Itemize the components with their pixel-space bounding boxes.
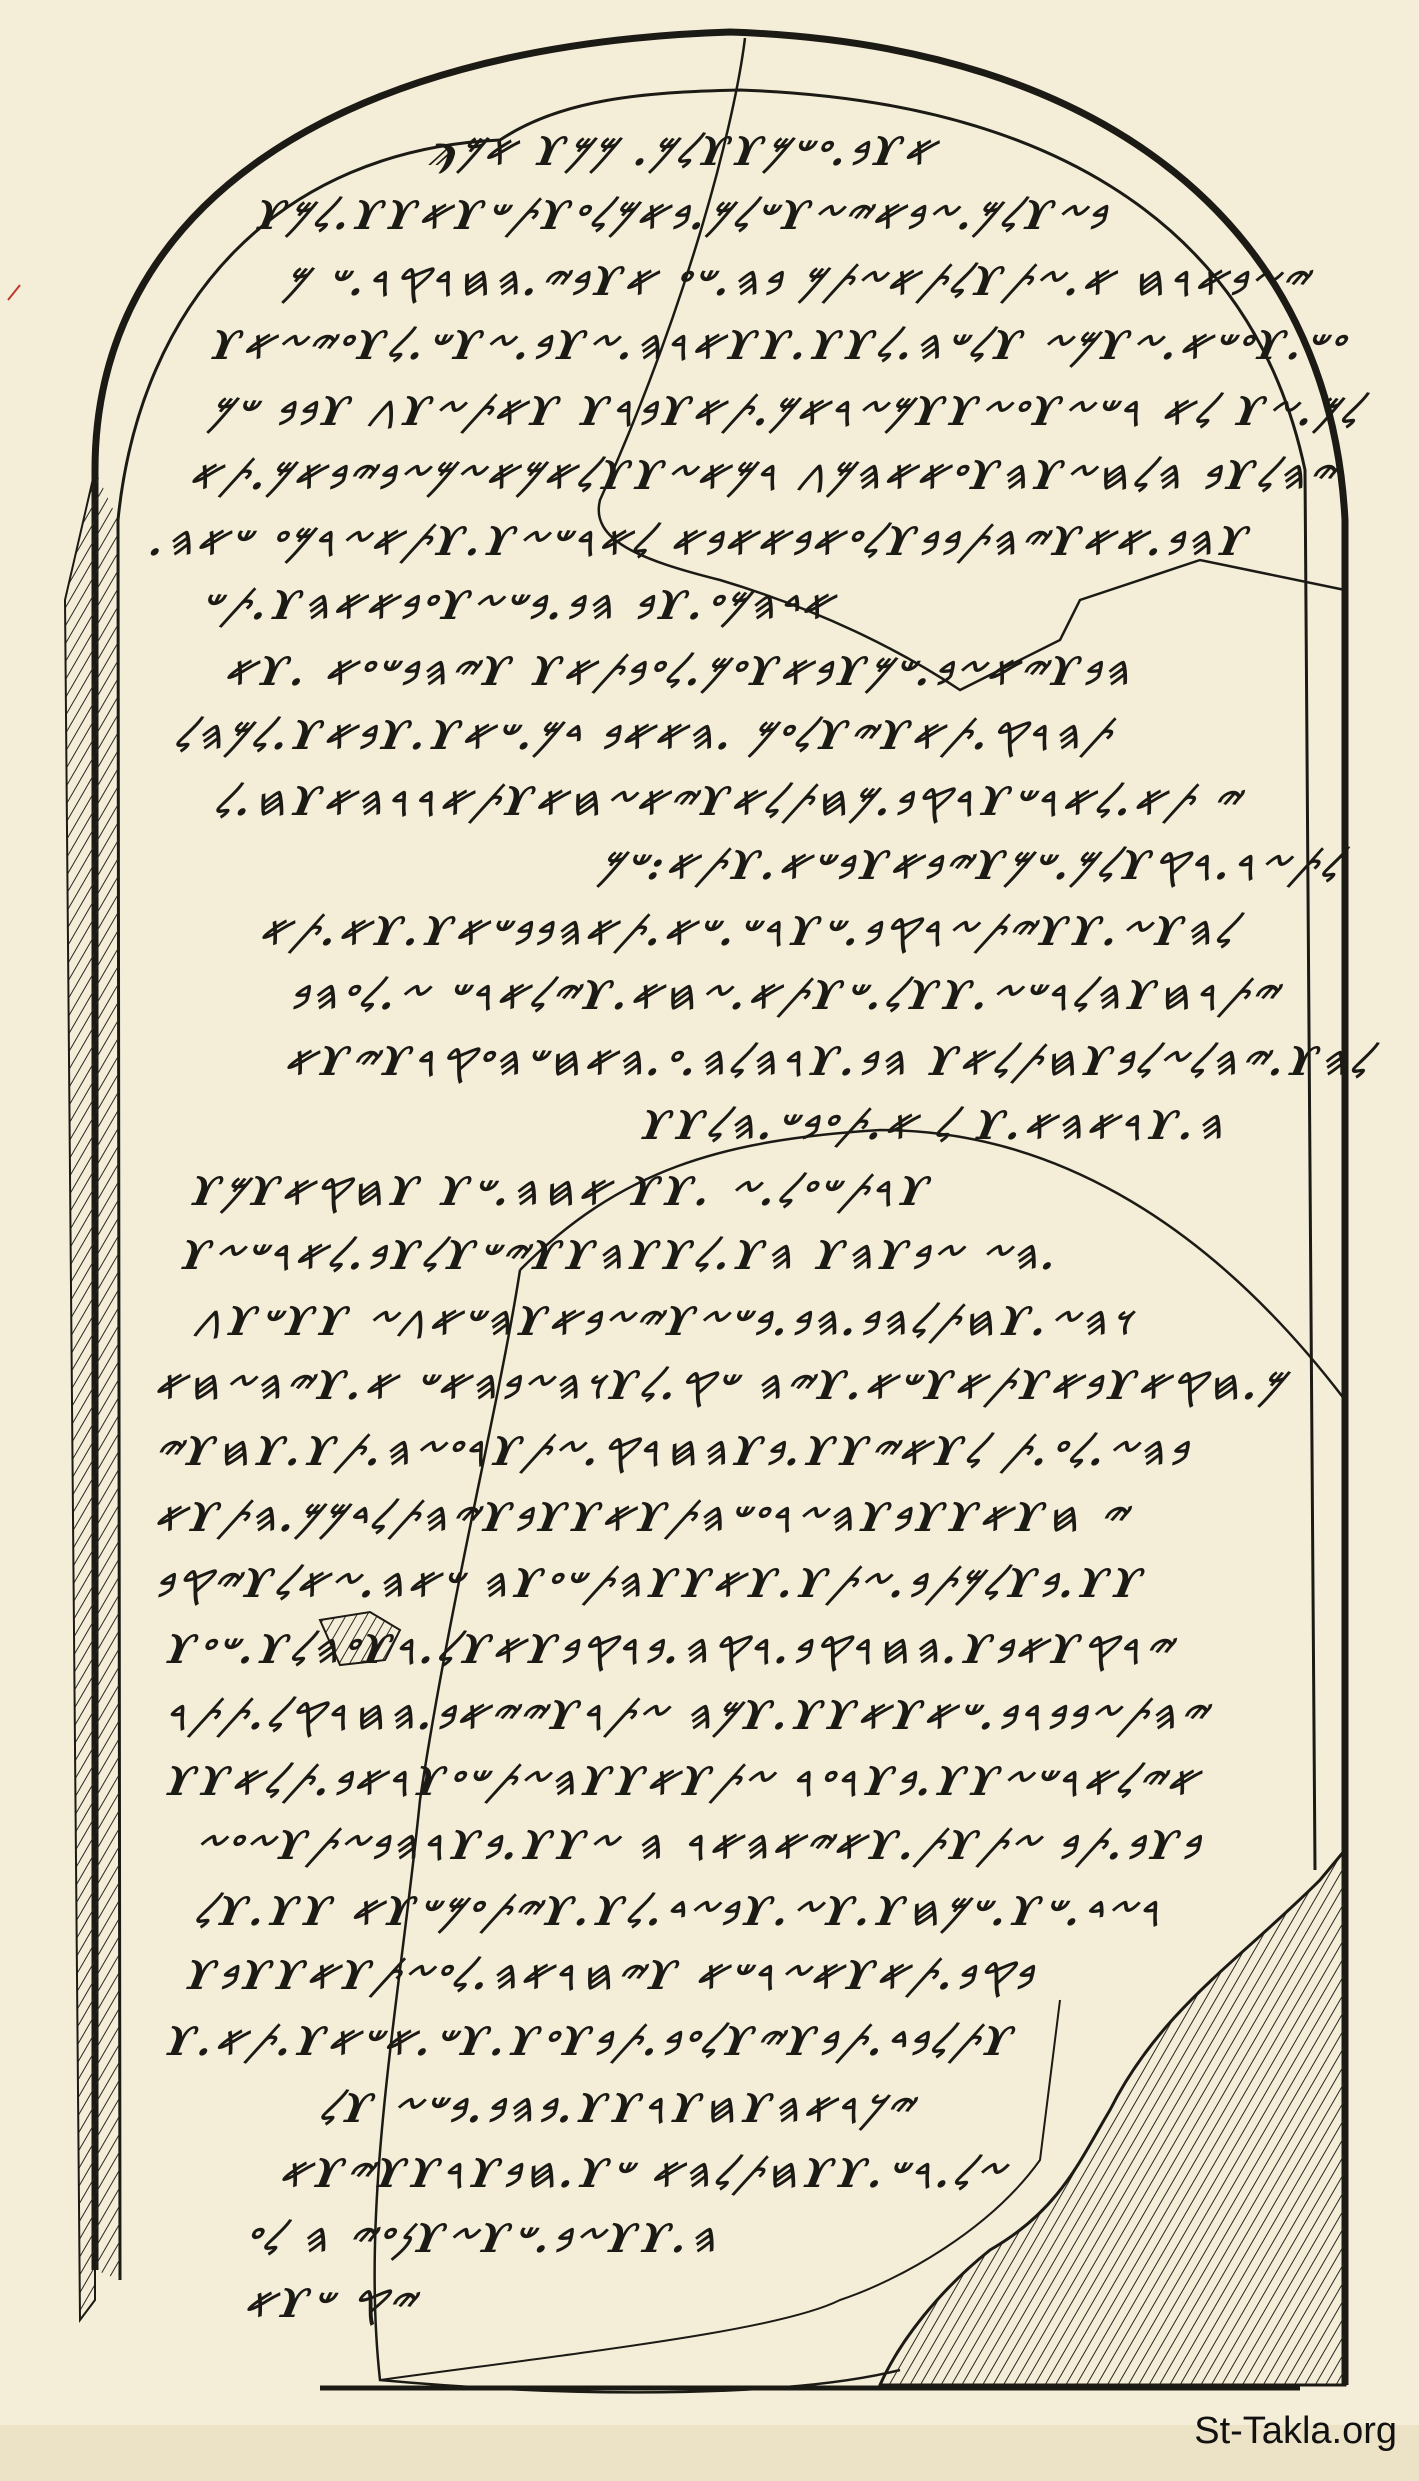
red-margin-mark [8,285,20,300]
inscription-line: 𐤉𐤋𐤀𐤓𐤔 𐤆.𐤋𐤏𐤄𐤁ϒ.𐤕𐤀.𐤆𐤇𐤀ϒ𐤋.𐤔ϒϒ.𐤄𐤋𐤓𐤔𐤆ϒ𐤉𐤕𐤓𐤇 [285,972,1285,1019]
inscription-line: ϒ𐤏𐤉𐤆𐤀ϒ𐤔.𐤋ϒ𐤁.𐤆ϒ𐤀𐤓𐤄.𐤆ϒϒ.ϒϒ𐤋𐤔𐤄.𐤋ϒ 𐤌𐤆ϒ𐤏𐤔𐤀.𐤆ϒ… [205,322,1351,369]
inscription-line: 𐤀ϒ𐤉ϒϒ𐤓ϒ𐤇𐤁.ϒ𐤇𐤕𐤋𐤄𐤀 𐤔ϒϒ.𐤆𐤋.𐤓𐤔 [275,2150,1012,2197]
inscription-line: 𐤉ϒ𐤇ϒ.ϒ𐤓𐤏𐤆𐤄.𐤕ϒ𐤄𐤇𐤓𐤒.𐤆𐤕ϒ𐤁.ϒϒ𐤀𐤉ϒ𐤁𐤄𐤆.𐤋𐤏.𐤕 𐤋 [150,1428,1195,1475]
inscription-line: 𐤉𐤄𐤆𐤇𐤀ϒ.𐤅𐤄𐤆𐤁𐤄𐤀𐤔 𐤀ϒ𐤉𐤄 𐤔𐤒.𐤋ϒ.𐤔𐤀ϒ𐤕𐤀ϒ𐤁𐤀ϒ𐤌.𐤇𐤒𐤀 [150,1362,1291,1409]
watermark: St-Takla.org [1194,2410,1397,2453]
inscription-line: ϒ𐤁.𐤋𐤀𐤓𐤔𐤆ϒ𐤋ϒ𐤉𐤔ϒϒ𐤄ϒϒ𐤋.ϒ𐤄 ϒ𐤄ϒ𐤄𐤆 𐤆𐤁. [175,1232,1064,1279]
inscription-line: 𐤋𐤌𐤄𐤋.ϒ𐤁𐤀ϒ.ϒ𐤋𐤏𐤌 .𐤄𐤀𐤀𐤁 𐤃𐤌.𐤔𐤀ϒ𐤉ϒ𐤕𐤄𐤓𐤒.𐤕𐤀 [170,712,1118,759]
inscription-line: ϒ𐤁ϒϒ𐤀ϒ𐤉𐤇𐤓𐤀𐤄.𐤋𐤏𐤆𐤕ϒ 𐤀𐤆𐤓𐤔𐤀ϒ𐤁𐤒𐤁.𐤕𐤀 [180,1952,1041,1999]
inscription-line: 𐤀ϒ𐤉𐤒 𐤔 [240,2280,422,2327]
inscription-line: ϒ𐤌ϒ𐤇𐤒𐤀ϒ ϒ𐤀𐤇𐤄.𐤔 ϒϒ. 𐤓𐤕𐤔𐤏𐤋.𐤆ϒ [185,1168,936,1215]
inscription-line: 𐤍𐤏𐤉 𐤄 𐤋𐤏ϒ𐤆ϒ𐤆𐤁.𐤔ϒϒ.𐤄 [240,2215,725,2262]
inscription-line: 𐤀ϒ𐤉ϒ𐤓𐤄𐤋𐤄.𐤏.𐤄𐤀𐤇𐤔𐤄𐤏𐤒𐤓ϒ.𐤄𐤁 ϒ𐤇𐤕𐤋𐤀ϒ𐤉𐤄𐤋𐤆𐤋𐤁.ϒ𐤋𐤄 [280,1038,1377,1085]
inscription-line: 𐤆𐤏𐤆ϒ𐤓𐤄𐤁𐤆𐤕ϒ𐤁.ϒϒ𐤀𐤉𐤀𐤄𐤀𐤓 𐤄 𐤆ϒ.𐤕ϒ𐤁.𐤕𐤁 𐤆𐤕ϒ𐤁 [190,1822,1208,1869]
inscription-line: 𐤁𐤉.𐤄𐤇𐤓𐤒𐤓.𐤔 𐤌ϒ𐤋𐤕𐤀𐤆𐤕𐤌 𐤁𐤄.𐤔𐤏 𐤀ϒ𐤉𐤆𐤁𐤀𐤓𐤇 𐤀.𐤆𐤕 [280,258,1315,305]
inscription-line: 𐤁𐤁 𐤔𐤌ϒ 𐤂ϒ𐤀𐤕𐤆ϒ ϒ𐤁𐤓ϒ𐤌𐤆𐤓𐤀𐤌.𐤕𐤀ϒϒ𐤏𐤆ϒ𐤋𐤀 𐤓𐤔𐤆 ϒ𐤋… [205,388,1368,435]
inscription-line: 𐤋𐤀𐤌𐤀𐤆𐤌𐤆𐤁𐤉𐤁𐤀𐤌.𐤕𐤀ϒϒ𐤏𐤀𐤀𐤄𐤌𐤂 𐤓𐤌𐤀𐤆ϒ𐤄ϒ𐤁 𐤄𐤋𐤇𐤆ϒ𐤉𐤄… [185,452,1343,499]
inscription-line: .𐤕𐤀𐤆𐤓𐤌𐤏 𐤔𐤀𐤄ϒ.ϒ𐤋𐤏𐤀𐤁𐤀𐤀𐤁𐤀 𐤋𐤀𐤓𐤔𐤆ϒ𐤉𐤄𐤕𐤁𐤁ϒ𐤄𐤁.𐤀𐤀… [145,518,1255,565]
inscription-line: ϒϒ𐤋 𐤀.𐤕𐤏𐤁𐤔.𐤄𐤋 ϒ.𐤓𐤀𐤄𐤀ϒ.𐤄 [635,1102,1232,1149]
left-hatched-edge [95,470,120,2280]
inscription-line: 𐤂ϒ𐤔ϒϒ 𐤄𐤔𐤀𐤂𐤆ϒ𐤉𐤆𐤁𐤀ϒ𐤇𐤕𐤋𐤄𐤁.𐤄𐤁.𐤁𐤔𐤆ϒ.𐤅𐤄𐤆 [190,1298,1139,1345]
inscription-line: ϡ𐤀𐤌 ϒ𐤋𐤌. 𐤌𐤌ϒϒ𐤁.𐤏𐤔𐤌ϒ𐤀 [425,128,942,175]
inscription-line: 𐤋ϒ.ϒϒ 𐤀ϒ𐤉𐤕𐤏𐤌𐤔ϒ.ϒ𐤁𐤆𐤃.𐤋ϒ.𐤆ϒ.ϒ𐤔𐤌𐤇.ϒ𐤓𐤆𐤃.𐤔 [190,1888,1170,1935]
inscription-line: 𐤀ϒ𐤉𐤄𐤕𐤋𐤃𐤌𐤌.𐤄𐤕ϒ𐤁ϒϒ𐤀ϒ𐤄𐤆𐤓𐤏𐤔𐤄𐤕ϒ𐤁ϒϒ𐤀ϒ𐤉 𐤇 [150,1494,1134,1541]
left-outer-hatch [65,470,95,2320]
inscription-line: 𐤀ϒ. 𐤉𐤄𐤁𐤔𐤏𐤀ϒ ϒ𐤏𐤌.𐤋𐤏𐤁𐤕𐤀ϒ𐤁𐤀ϒ𐤉𐤀𐤆𐤁.𐤔𐤌ϒ𐤄𐤁 [220,648,1139,695]
inscription-line: ϒ𐤋𐤌.ϒϒ𐤀ϒ𐤕𐤔ϒ𐤔𐤋𐤌.𐤁𐤀𐤌𐤋𐤏ϒ𐤋𐤌.𐤆𐤁𐤀𐤉𐤆ϒ𐤁𐤆 [250,192,1114,239]
inscription-line: 𐤋ϒ 𐤁𐤄𐤁.𐤁𐤔𐤆.ϒϒ𐤓ϒ𐤇ϒ𐤉𐤊𐤓𐤀𐤄 [315,2085,920,2132]
inscription-line: ϒ𐤔𐤏.ϒ𐤏𐤄𐤋ϒ𐤋.𐤓ϒ𐤀ϒ𐤄𐤇𐤓𐤒𐤁.𐤓𐤒𐤄.𐤁𐤓𐤒𐤁.ϒ𐤀𐤁ϒ𐤉𐤓𐤒 [160,1626,1179,1673]
inscription-line: ϒϒ𐤓𐤀𐤁.𐤕𐤋𐤀ϒ𐤄𐤆𐤕𐤔𐤏ϒϒ𐤀ϒ𐤓𐤏𐤓 𐤆𐤕ϒ𐤁.ϒϒ𐤀𐤉𐤋𐤀𐤓𐤔𐤆 [160,1758,1205,1805]
inscription-line: 𐤇.𐤋ϒ𐤕𐤀𐤓𐤓𐤄𐤀ϒ𐤉𐤀𐤆𐤇𐤀ϒ𐤓𐤒𐤁.𐤌𐤇𐤕𐤋𐤀ϒ𐤉 𐤕𐤀.𐤋𐤀𐤓𐤔 [210,778,1247,825]
inscription-line: 𐤕𐤔.ϒ𐤏𐤁𐤀𐤀𐤄ϒ𐤁 𐤄𐤁.𐤁𐤔𐤆ϒ.𐤀𐤃𐤄𐤌𐤏 [195,582,840,629]
inscription-line: 𐤉𐤉𐤀𐤁.𐤄𐤇𐤓𐤒𐤋.𐤕𐤕𐤓ϒ𐤌𐤄 𐤆𐤕𐤓ϒ.ϒϒ𐤀ϒ𐤉𐤄𐤕𐤆𐤁𐤁𐤓𐤁.𐤔𐤀 [160,1692,1214,1739]
inscription-line: 𐤀.𐤕𐤀ϒ.ϒ𐤓𐤔.𐤔𐤀.𐤕𐤀𐤄𐤁𐤁𐤔𐤀ϒ𐤉𐤕𐤆𐤓𐤒𐤁.𐤔ϒϒ.𐤆ϒ𐤋𐤄 [255,908,1242,955]
inscription-line: 𐤉𐤒𐤁ϒ𐤄 𐤔𐤀𐤄.𐤆𐤀𐤋ϒ𐤄𐤕𐤔𐤏ϒϒ𐤀ϒ.ϒ𐤋𐤌𐤕𐤁.𐤆𐤕ϒ𐤁.ϒϒ [150,1560,1150,1607]
inscription-line: ϒ.𐤕𐤀.ϒ𐤔.𐤀𐤔𐤀ϒ.ϒ𐤏ϒ𐤋𐤏𐤁.𐤕𐤁ϒ𐤉ϒ𐤕𐤋𐤁𐤃.𐤕𐤁ϒ [160,2018,1020,2065]
inscription-line: 𐤕𐤀:𐤔𐤌ϒ.𐤁𐤔𐤀ϒ𐤉𐤁𐤀ϒ𐤋𐤌.𐤔𐤌ϒ𐤋𐤕𐤆𐤓.𐤓𐤒 [595,842,1348,889]
